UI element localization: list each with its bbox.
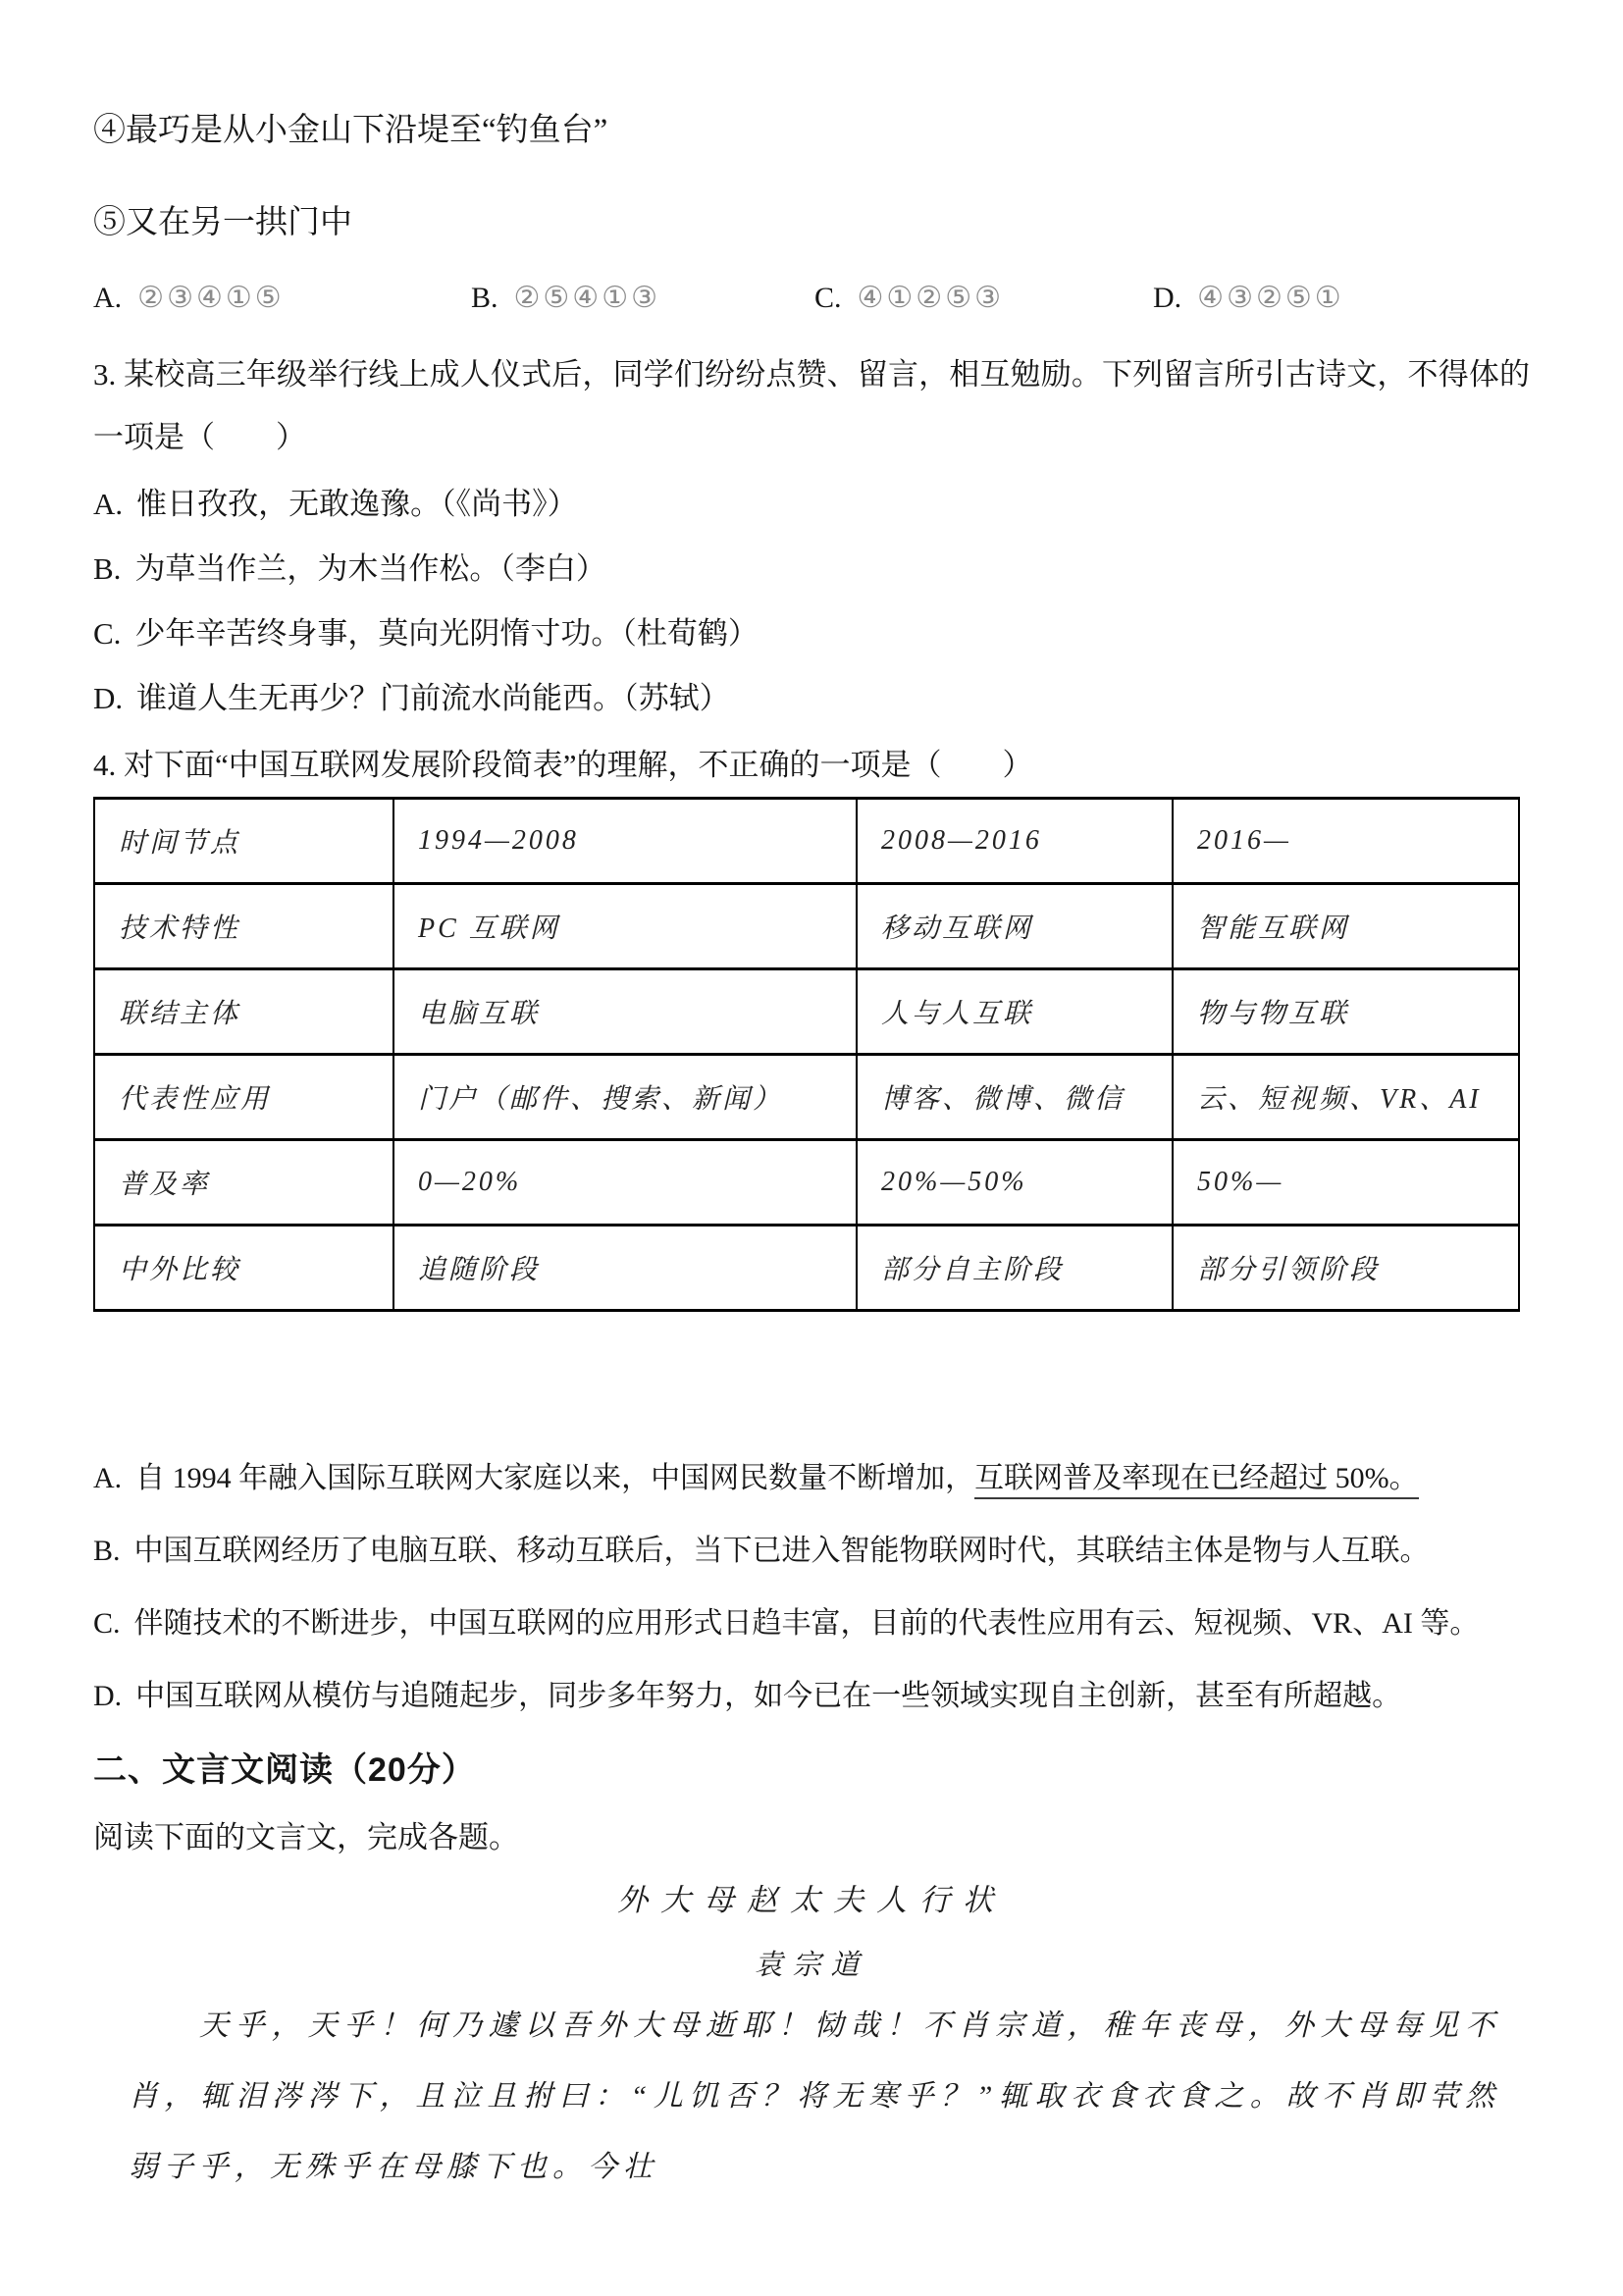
table-cell: 门户（邮件、搜索、新闻） xyxy=(393,1055,857,1140)
question4-stem: 4. 对下面“中国互联网发展阶段简表”的理解，不正确的一项是（ ） xyxy=(93,744,1530,787)
table-header-cell: 中外比较 xyxy=(94,1226,393,1311)
table-cell: 博客、微博、微信 xyxy=(857,1055,1173,1140)
table-spacer xyxy=(93,1312,1530,1457)
table-header-cell: 普及率 xyxy=(94,1140,393,1226)
table-cell: 人与人互联 xyxy=(857,969,1173,1055)
section2-intro: 阅读下面的文言文，完成各题。 xyxy=(93,1818,1530,1857)
table-row: 普及率 0—20% 20%—50% 50%— xyxy=(94,1140,1519,1226)
table-row: 技术特性 PC 互联网 移动互联网 智能互联网 xyxy=(94,884,1519,969)
option-label: B. xyxy=(471,282,498,314)
question4-option-a: A.自 1994 年融入国际互联网大家庭以来，中国网民数量不断增加，互联网普及率… xyxy=(93,1457,1530,1500)
passage-title: 外大母赵太夫人行状 xyxy=(93,1881,1530,1920)
table-cell: 智能互联网 xyxy=(1173,884,1519,969)
passage-text: 天乎，天乎！何乃遽以吾外大母逝耶！恸哉！不肖宗道，稚年丧母，外大母每见不肖，辄泪… xyxy=(93,1991,1530,2203)
option-label: A. xyxy=(93,1462,122,1494)
option-text: 中国互联网从模仿与追随起步，同步多年努力，如今已在一些领域实现自主创新，甚至有所… xyxy=(135,1680,1401,1712)
section2-title: 二、文言文阅读（20分） xyxy=(93,1748,1530,1793)
table-cell: 2016— xyxy=(1173,799,1519,884)
question3-option-b: B.为草当作兰，为木当作松。（李白） xyxy=(93,549,1530,589)
exam-paper-page: ④最巧是从小金山下沿堤至“钓鱼台” ⑤又在另一拱门中 A.②③④①⑤ B.②⑤④… xyxy=(0,0,1623,2296)
question2-option-d: D.④③②⑤① xyxy=(1153,279,1344,318)
table-row: 代表性应用 门户（邮件、搜索、新闻） 博客、微博、微信 云、短视频、VR、AI xyxy=(94,1055,1519,1140)
table-row: 联结主体 电脑互联 人与人互联 物与物互联 xyxy=(94,969,1519,1055)
option-label: A. xyxy=(93,282,122,314)
table-cell: 电脑互联 xyxy=(393,969,857,1055)
option-text: 中国互联网经历了电脑互联、移动互联后，当下已进入智能物联网时代，其联结主体是物与… xyxy=(134,1535,1430,1567)
table-header-cell: 联结主体 xyxy=(94,969,393,1055)
option-sequence: ④①②⑤③ xyxy=(858,282,1004,314)
question3-option-a: A.惟日孜孜，无敢逸豫。（《尚书》） xyxy=(93,485,1530,524)
option-label: D. xyxy=(1153,282,1181,314)
table-cell: 2008—2016 xyxy=(857,799,1173,884)
question3-option-c: C.少年辛苦终身事，莫向光阴惰寸功。（杜荀鹤） xyxy=(93,614,1530,653)
option-sequence: ②③④①⑤ xyxy=(137,282,284,314)
option-label: C. xyxy=(93,616,121,651)
option-label: B. xyxy=(93,551,121,586)
option-label: B. xyxy=(93,1535,121,1567)
option-sequence: ④③②⑤① xyxy=(1197,282,1343,314)
option-label: C. xyxy=(93,1607,121,1640)
option-text: 伴随技术的不断进步，中国互联网的应用形式日趋丰富，目前的代表性应用有云、短视频、… xyxy=(134,1607,1480,1640)
option-underlined-text: 互联网普及率现在已经超过 50%。 xyxy=(974,1462,1419,1499)
table-cell: 物与物互联 xyxy=(1173,969,1519,1055)
option-text: 谁道人生无再少？门前流水尚能西。（苏轼） xyxy=(136,681,730,715)
table-cell: 0—20% xyxy=(393,1140,857,1226)
option-label: D. xyxy=(93,681,123,715)
table-cell: 部分引领阶段 xyxy=(1173,1226,1519,1311)
question2-option-c: C.④①②⑤③ xyxy=(814,279,1153,318)
table-cell: 移动互联网 xyxy=(857,884,1173,969)
table-cell: 1994—2008 xyxy=(393,799,857,884)
question3-option-d: D.谁道人生无再少？门前流水尚能西。（苏轼） xyxy=(93,679,1530,718)
sentence-item-5: ⑤又在另一拱门中 xyxy=(93,202,1530,243)
table-cell: 云、短视频、VR、AI xyxy=(1173,1055,1519,1140)
table-cell: 部分自主阶段 xyxy=(857,1226,1173,1311)
table-cell: 50%— xyxy=(1173,1140,1519,1226)
option-sequence: ②⑤④①③ xyxy=(514,282,660,314)
table-row: 中外比较 追随阶段 部分自主阶段 部分引领阶段 xyxy=(94,1226,1519,1311)
question2-option-b: B.②⑤④①③ xyxy=(471,279,814,318)
option-label: D. xyxy=(93,1680,122,1712)
table-cell: 追随阶段 xyxy=(393,1226,857,1311)
table-header-cell: 时间节点 xyxy=(94,799,393,884)
sentence-item-4: ④最巧是从小金山下沿堤至“钓鱼台” xyxy=(93,110,1530,151)
option-text: 少年辛苦终身事，莫向光阴惰寸功。（杜荀鹤） xyxy=(134,616,759,651)
internet-stages-table: 时间节点 1994—2008 2008—2016 2016— 技术特性 PC 互… xyxy=(93,797,1520,1312)
question3-stem: 3. 某校高三年级举行线上成人仪式后，同学们纷纷点赞、留言，相互勉励。下列留言所… xyxy=(93,343,1530,469)
table-header-cell: 技术特性 xyxy=(94,884,393,969)
question4-option-c: C.伴随技术的不断进步，中国互联网的应用形式日趋丰富，目前的代表性应用有云、短视… xyxy=(93,1602,1530,1645)
table-cell: PC 互联网 xyxy=(393,884,857,969)
option-label: C. xyxy=(814,282,842,314)
passage-author: 袁宗道 xyxy=(93,1946,1530,1985)
question4-option-b: B.中国互联网经历了电脑互联、移动互联后，当下已进入智能物联网时代，其联结主体是… xyxy=(93,1530,1530,1573)
option-label: A. xyxy=(93,487,123,521)
option-text: 惟日孜孜，无敢逸豫。（《尚书》） xyxy=(136,487,578,521)
table-cell: 20%—50% xyxy=(857,1140,1173,1226)
option-text: 自 1994 年融入国际互联网大家庭以来，中国网民数量不断增加， xyxy=(135,1462,974,1494)
table-header-cell: 代表性应用 xyxy=(94,1055,393,1140)
question2-options-row: A.②③④①⑤ B.②⑤④①③ C.④①②⑤③ D.④③②⑤① xyxy=(93,279,1530,318)
table-row: 时间节点 1994—2008 2008—2016 2016— xyxy=(94,799,1519,884)
question4-option-d: D.中国互联网从模仿与追随起步，同步多年努力，如今已在一些领域实现自主创新，甚至… xyxy=(93,1675,1530,1718)
option-text: 为草当作兰，为木当作松。（李白） xyxy=(134,551,606,586)
question2-option-a: A.②③④①⑤ xyxy=(93,279,471,318)
